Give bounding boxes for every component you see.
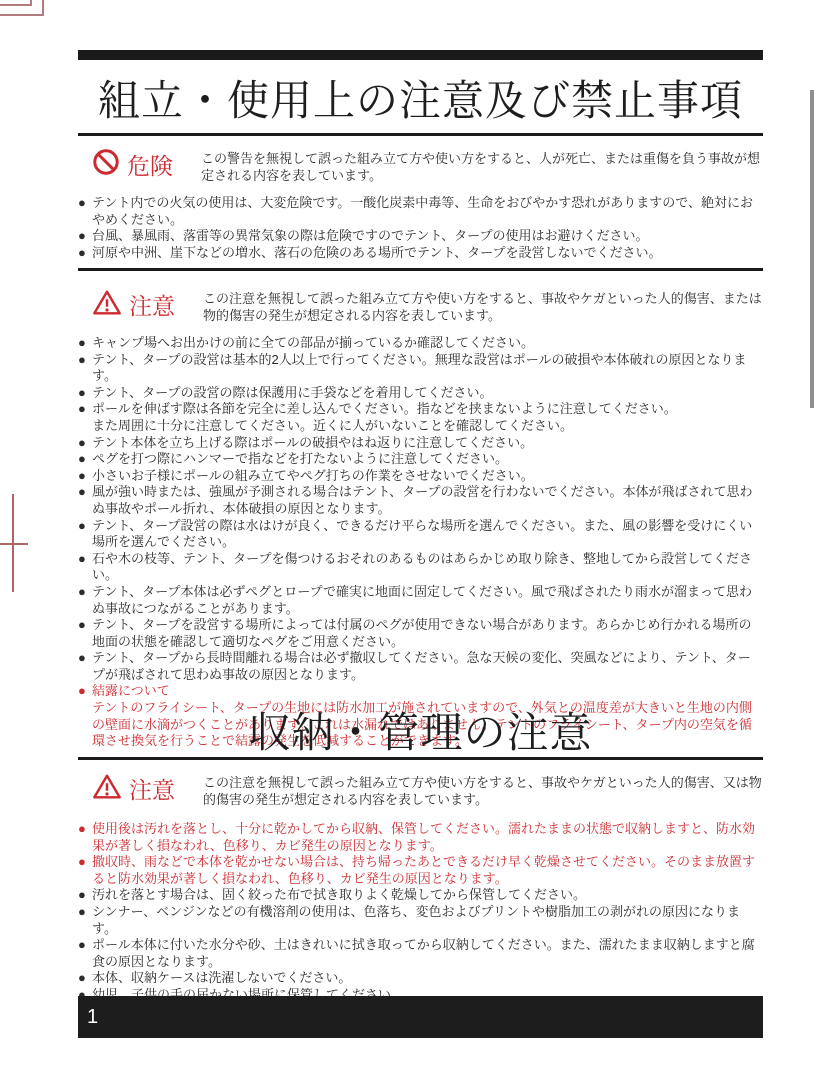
danger-header: 危険 この警告を無視して誤った組み立て方や使い方をすると、人が死亡、または重傷を…: [78, 148, 763, 184]
top-black-bar: [78, 50, 763, 60]
list-item: ●ポールを伸ばす際は各節を完全に差し込んでください。指などを挟まないように注意し…: [78, 401, 763, 434]
caution-description: この注意を無視して誤った組み立て方や使い方をすると、事故やケガといった人的傷害、…: [203, 288, 763, 324]
list-item: ●ペグを打つ際にハンマーで指などを打たないように注意してください。: [78, 451, 763, 468]
bullet-icon: ●: [78, 468, 92, 485]
bullet-icon: ●: [78, 937, 92, 970]
bullet-icon: ●: [78, 335, 92, 352]
bullet-icon: ●: [78, 401, 92, 434]
section-divider: [78, 268, 763, 271]
caution-header-2: 注意 この注意を無視して誤った組み立て方や使い方をすると、事故やケガといった人的…: [78, 772, 763, 808]
bullet-icon: ●: [78, 195, 92, 228]
bullet-icon: ●: [78, 584, 92, 617]
bullet-icon: ●: [78, 617, 92, 650]
list-item: ●テント内での火気の使用は、大変危険です。一酸化炭素中毒等、生命をおびやかす恐れ…: [78, 195, 763, 228]
list-item: ●テント、タープから長時間離れる場合は必ず撤収してください。急な天候の変化、突風…: [78, 650, 763, 683]
footer-bar: 1: [78, 996, 763, 1038]
title-underline-2: [78, 757, 763, 760]
list-item: ●風が強い時または、強風が予測される場合はテント、タープの設営を行わないでくださ…: [78, 484, 763, 517]
bullet-icon: ●: [78, 484, 92, 517]
list-item: ●テント、タープの設営は基本的2人以上で行ってください。無理な設営はポールの破損…: [78, 352, 763, 385]
caution-description-2: この注意を無視して誤った組み立て方や使い方をすると、事故やケガといった人的傷害、…: [203, 772, 763, 808]
bullet-icon: ●: [78, 451, 92, 468]
bullet-icon: ●: [78, 821, 92, 854]
list-item: ●テント、タープの設営の際は保護用に手袋などを着用してください。: [78, 385, 763, 402]
bullet-icon: ●: [78, 970, 92, 987]
warning-triangle-icon: [92, 773, 122, 805]
list-item: ●本体、収納ケースは洗濯しないでください。: [78, 970, 763, 987]
danger-description: この警告を無視して誤った組み立て方や使い方をすると、人が死亡、または重傷を負う事…: [201, 148, 763, 184]
list-item: ●シンナー、ベンジンなどの有機溶剤の使用は、色落ち、変色およびプリントや樹脂加工…: [78, 904, 763, 937]
no-entry-icon: [92, 148, 120, 181]
bullet-icon: ●: [78, 551, 92, 584]
warning-triangle-icon: [92, 289, 122, 321]
caution-notice-list: ●キャンプ場へお出かけの前に全ての部品が揃っているか確認してください。 ●テント…: [78, 335, 763, 750]
bullet-icon: ●: [78, 352, 92, 385]
list-item: ●テント、タープを設営する場所によっては付属のペグが使用できない場合があります。…: [78, 617, 763, 650]
list-item: ●テント本体を立ち上げる際はポールの破損やはね返りに注意してください。: [78, 435, 763, 452]
list-item: ●小さいお子様にポールの組み立てやペグ打ちの作業をさせないでください。: [78, 468, 763, 485]
registration-cross-horizontal: [0, 543, 28, 545]
list-item: ●テント、タープ本体は必ずペグとロープで確実に地面に固定してください。風で飛ばさ…: [78, 584, 763, 617]
page-title-assembly: 組立・使用上の注意及び禁止事項: [78, 76, 763, 126]
page-title-storage: 収納・管理の注意: [78, 708, 763, 758]
list-item: ●汚れを落とす場合は、固く絞った布で拭き取りよく乾燥してから保管してください。: [78, 887, 763, 904]
caution-badge: 注意: [92, 288, 175, 321]
crop-mark-rect-inner: [0, 0, 32, 6]
bullet-icon: ●: [78, 385, 92, 402]
bullet-icon: ●: [78, 228, 92, 245]
bullet-icon: ●: [78, 650, 92, 683]
danger-label: 危険: [127, 148, 173, 181]
list-item: ●ポール本体に付いた水分や砂、土はきれいに拭き取ってから収納してください。また、…: [78, 937, 763, 970]
title-underline: [78, 133, 763, 136]
list-item: ●テント、タープ設営の際は水はけが良く、できるだけ平らな場所を選んでください。ま…: [78, 518, 763, 551]
list-item: ●石や木の枝等、テント、タープを傷つけるおそれのあるものはあらかじめ取り除き、整…: [78, 551, 763, 584]
bullet-icon: ●: [78, 518, 92, 551]
list-item: ●撤収時、雨などで本体を乾かせない場合は、持ち帰ったあとできるだけ早く乾燥させて…: [78, 854, 763, 887]
manual-page: 組立・使用上の注意及び禁止事項 危険 この警告を無視して誤った組み立て方や使い方…: [0, 0, 825, 1080]
storage-notice-list: ●使用後は汚れを落とし、十分に乾かしてから収納、保管してください。濡れたままの状…: [78, 821, 763, 1004]
caution-badge-2: 注意: [92, 772, 175, 805]
page-number: 1: [87, 1006, 98, 1028]
caution-label-2: 注意: [129, 772, 175, 805]
bullet-icon: ●: [78, 245, 92, 262]
danger-badge: 危険: [92, 148, 173, 181]
bullet-icon: ●: [78, 904, 92, 937]
bullet-icon: ●: [78, 887, 92, 904]
list-item: ●河原や中洲、崖下などの増水、落石の危険のある場所でテント、タープを設営しないで…: [78, 245, 763, 262]
caution-label: 注意: [129, 288, 175, 321]
bullet-icon: ●: [78, 435, 92, 452]
danger-notice-list: ●テント内での火気の使用は、大変危険です。一酸化炭素中毒等、生命をおびやかす恐れ…: [78, 195, 763, 261]
list-item: ●台風、暴風雨、落雷等の異常気象の際は危険ですのでテント、タープの使用はお避けく…: [78, 228, 763, 245]
caution-header-1: 注意 この注意を無視して誤った組み立て方や使い方をすると、事故やケガといった人的…: [78, 288, 763, 324]
list-item: ●キャンプ場へお出かけの前に全ての部品が揃っているか確認してください。: [78, 335, 763, 352]
list-item: ●使用後は汚れを落とし、十分に乾かしてから収納、保管してください。濡れたままの状…: [78, 821, 763, 854]
bullet-icon: ●: [78, 854, 92, 887]
bleed-guide-line: [810, 90, 814, 408]
